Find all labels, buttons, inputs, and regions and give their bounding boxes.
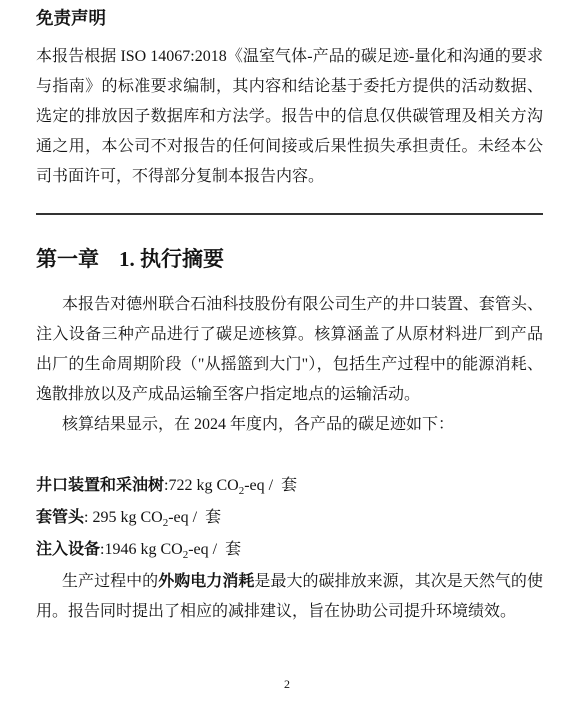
conclusion-pre: 生产过程中的 (62, 573, 158, 590)
product-footprint-list: 井口装置和采油树:722 kg CO2-eq / 套 套管头: 295 kg C… (36, 471, 543, 565)
product-name: 套管头 (36, 509, 84, 526)
product-footprint-line-wellhead: 井口装置和采油树:722 kg CO2-eq / 套 (36, 471, 543, 501)
product-footprint-line-injection-equipment: 注入设备:1946 kg CO2-eq / 套 (36, 535, 543, 565)
product-value-suffix: -eq / 套 (188, 541, 241, 558)
chapter-heading: 第一章1. 执行摘要 (36, 246, 543, 272)
conclusion-paragraph: 生产过程中的外购电力消耗是最大的碳排放来源，其次是天然气的使用。报告同时提出了相… (36, 567, 543, 627)
product-value-prefix: :722 kg CO (164, 477, 239, 494)
product-value-prefix: :1946 kg CO (100, 541, 183, 558)
disclaimer-title: 免责声明 (36, 7, 543, 30)
product-value-prefix: : 295 kg CO (84, 509, 163, 526)
conclusion-emphasis: 外购电力消耗 (158, 573, 254, 590)
product-name: 井口装置和采油树 (36, 477, 164, 494)
results-intro: 核算结果显示，在 2024 年度内，各产品的碳足迹如下： (36, 410, 543, 440)
section-divider (36, 213, 543, 215)
summary-paragraph: 本报告对德州联合石油科技股份有限公司生产的井口装置、套管头、注入设备三种产品进行… (36, 290, 543, 410)
product-footprint-line-casing-head: 套管头: 295 kg CO2-eq / 套 (36, 503, 543, 533)
page-number: 2 (0, 677, 574, 692)
chapter-number: 第一章 (36, 247, 99, 271)
disclaimer-body: 本报告根据 ISO 14067:2018《温室气体-产品的碳足迹-量化和沟通的要… (36, 42, 543, 192)
product-value-suffix: -eq / 套 (244, 477, 297, 494)
document-page: 免责声明 本报告根据 ISO 14067:2018《温室气体-产品的碳足迹-量化… (0, 0, 574, 627)
product-value-suffix: -eq / 套 (168, 509, 221, 526)
product-name: 注入设备 (36, 541, 100, 558)
chapter-title: 1. 执行摘要 (119, 247, 224, 271)
